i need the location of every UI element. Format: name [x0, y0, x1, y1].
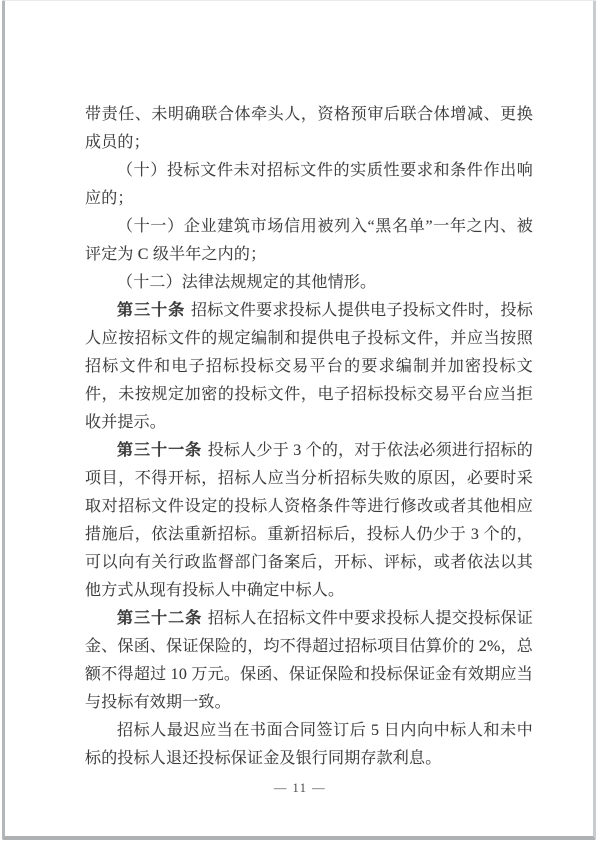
article-number: 第三十条: [117, 302, 185, 319]
paragraph: 第三十一条投标人少于 3 个的，对于依法必须进行招标的项目，不得开标，招标人应当…: [85, 437, 533, 605]
article-number: 第三十二条: [117, 610, 202, 627]
paragraph: （十一）企业建筑市场信用被列入“黑名单”一年之内、被评定为 C 级半年之内的；: [85, 213, 533, 269]
paragraph: 招标人最迟应当在书面合同签订后 5 日内向中标人和未中标的投标人退还投标保证金及…: [85, 717, 533, 773]
document-body: 带责任、未明确联合体牵头人，资格预审后联合体增减、更换成员的；（十）投标文件未对…: [85, 101, 533, 773]
paragraph: 带责任、未明确联合体牵头人，资格预审后联合体增减、更换成员的；: [85, 101, 533, 157]
page-number: — 11 —: [0, 781, 600, 796]
paragraph: （十）投标文件未对招标文件的实质性要求和条件作出响应的；: [85, 157, 533, 213]
paragraph: 第三十条招标文件要求投标人提供电子投标文件时，投标人应按招标文件的规定编制和提供…: [85, 297, 533, 437]
paragraph: 第三十二条招标人在招标文件中要求投标人提交投标保证金、保函、保证保险的，均不得超…: [85, 605, 533, 717]
article-number: 第三十一条: [117, 442, 202, 459]
paragraph: （十二）法律法规规定的其他情形。: [85, 269, 533, 297]
document-page: 带责任、未明确联合体牵头人，资格预审后联合体增减、更换成员的；（十）投标文件未对…: [0, 0, 600, 845]
